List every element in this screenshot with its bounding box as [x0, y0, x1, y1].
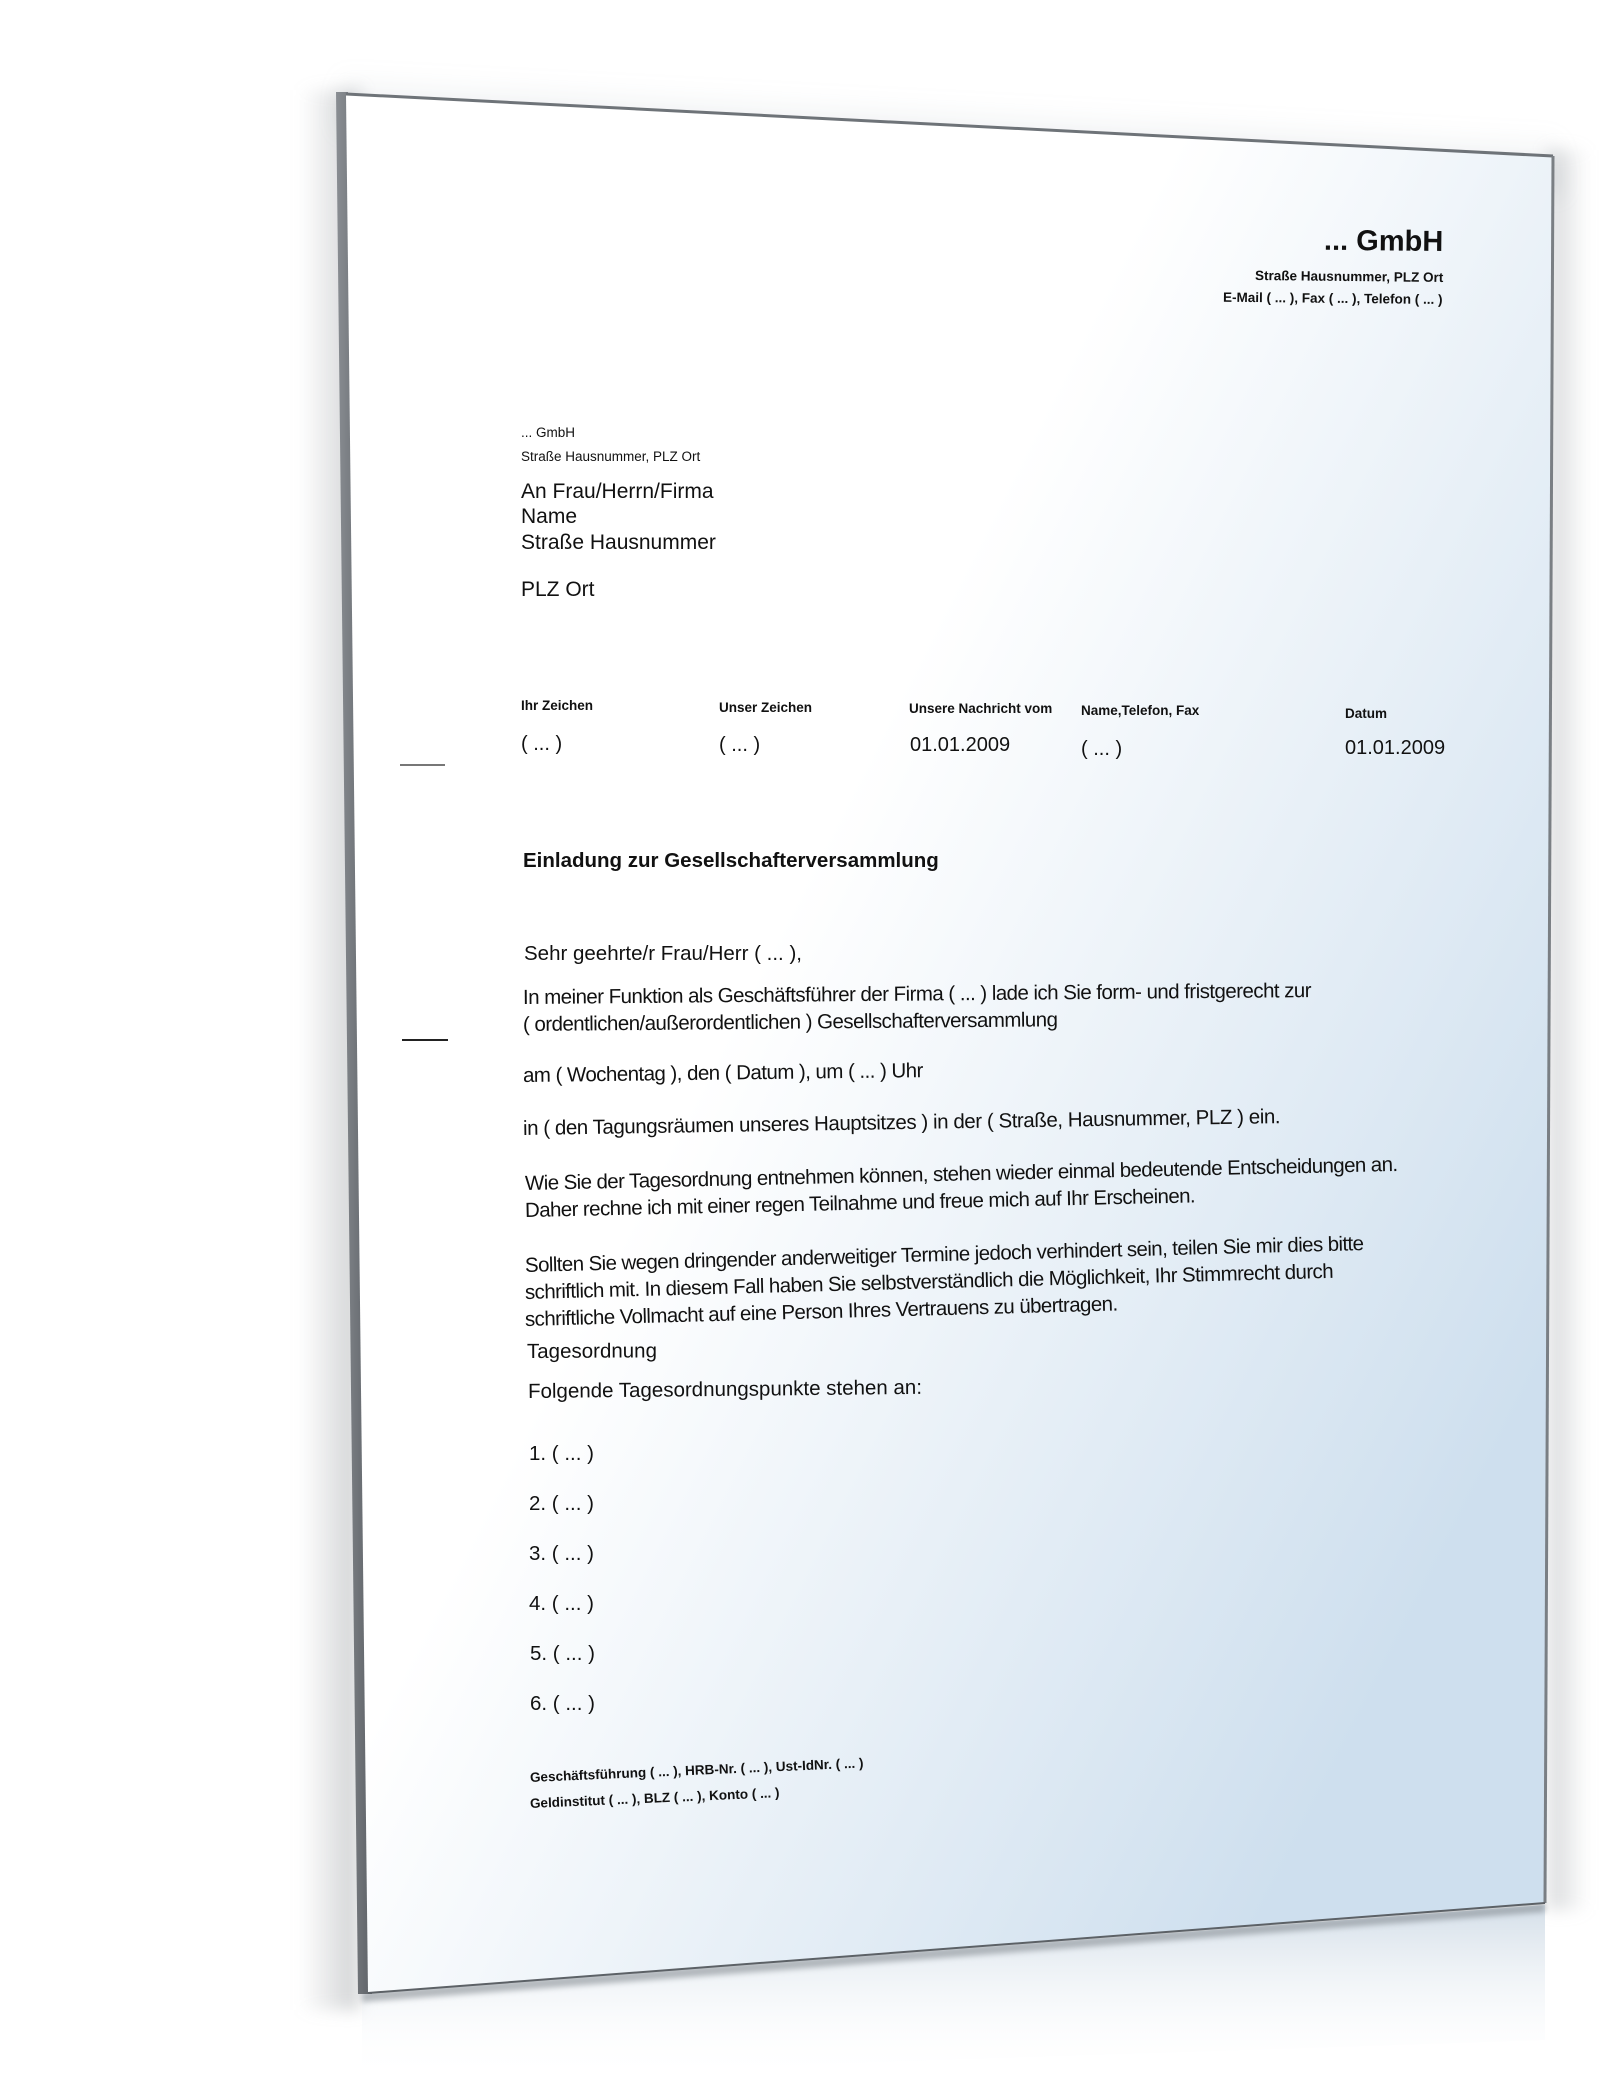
- sender-address: Straße Hausnummer, PLZ Ort: [521, 449, 700, 464]
- agenda-item: 4. ( ... ): [529, 1592, 594, 1616]
- body-p1-line2: ( ordentlichen/außerordentlichen ) Gesel…: [523, 1008, 1058, 1037]
- agenda-item: 1. ( ... ): [529, 1442, 594, 1466]
- agenda-heading: Tagesordnung: [527, 1339, 657, 1364]
- salutation: Sehr geehrte/r Frau/Herr ( ... ),: [524, 942, 802, 966]
- fold-mark-middle: [402, 1039, 448, 1041]
- recipient-line-1: An Frau/Herrn/Firma: [521, 480, 714, 504]
- ref-label-name-telefon-fax: Name,Telefon, Fax: [1081, 703, 1199, 718]
- page-face: [346, 94, 1553, 1993]
- ref-label-ihr-zeichen: Ihr Zeichen: [521, 698, 593, 713]
- agenda-item: 2. ( ... ): [529, 1492, 594, 1516]
- sender-company: ... GmbH: [521, 425, 575, 440]
- ref-label-datum: Datum: [1345, 706, 1387, 721]
- ref-value-datum: 01.01.2009: [1345, 737, 1445, 760]
- agenda-intro: Folgende Tagesordnungspunkte stehen an:: [528, 1376, 922, 1404]
- recipient-line-3: Straße Hausnummer: [521, 531, 716, 555]
- ref-label-unsere-nachricht: Unsere Nachricht vom: [909, 701, 1052, 716]
- ref-label-unser-zeichen: Unser Zeichen: [719, 700, 812, 715]
- agenda-item: 6. ( ... ): [530, 1692, 595, 1716]
- agenda-item: 3. ( ... ): [529, 1542, 594, 1566]
- letter-subject: Einladung zur Gesellschafterversammlung: [523, 849, 939, 873]
- ref-value-unser-zeichen: ( ... ): [719, 734, 760, 757]
- body-p2: am ( Wochentag ), den ( Datum ), um ( ..…: [523, 1059, 923, 1088]
- letterhead-contact: E-Mail ( ... ), Fax ( ... ), Telefon ( .…: [1223, 290, 1443, 307]
- recipient-line-4: PLZ Ort: [521, 578, 595, 602]
- letterhead-company: ... GmbH: [1324, 225, 1444, 259]
- fold-mark-top: [400, 764, 445, 766]
- ref-value-name-telefon-fax: ( ... ): [1081, 738, 1122, 761]
- recipient-line-2: Name: [521, 505, 577, 529]
- letterhead-address: Straße Hausnummer, PLZ Ort: [1255, 268, 1443, 285]
- ref-value-unsere-nachricht: 01.01.2009: [910, 734, 1010, 757]
- agenda-item: 5. ( ... ): [530, 1642, 595, 1666]
- ref-value-ihr-zeichen: ( ... ): [521, 733, 562, 756]
- document-page: [0, 0, 1600, 2100]
